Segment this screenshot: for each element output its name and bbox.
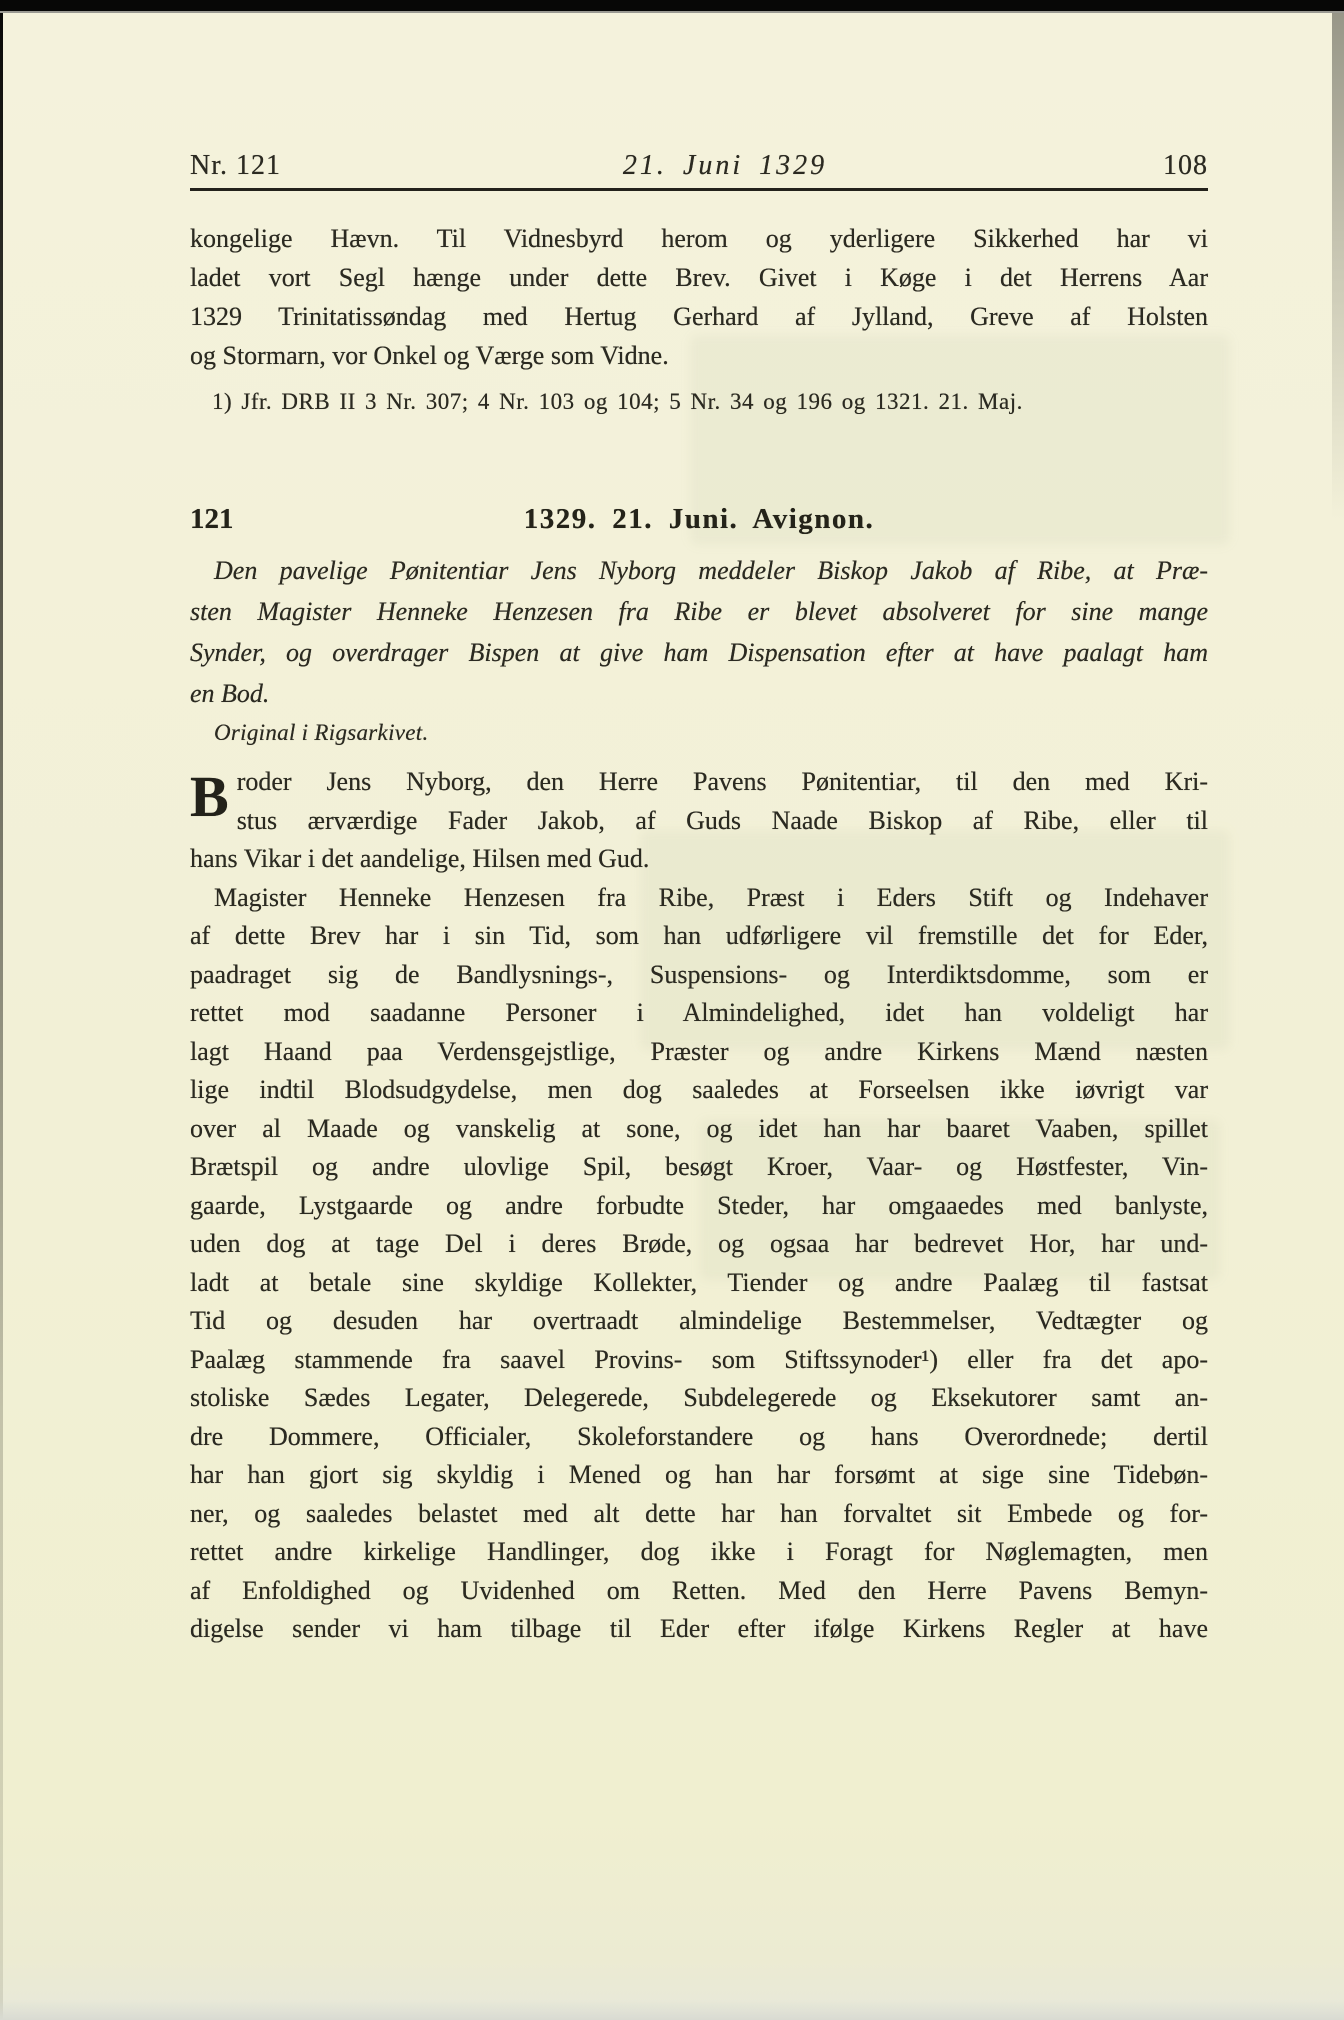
text-line: lige indtil Blodsudgydelse, men dog saal… (190, 1071, 1208, 1110)
entry-summary: Den pavelige Pønitentiar Jens Nyborg med… (190, 550, 1208, 714)
scan-edge-right (1332, 0, 1344, 520)
text-line: rettet mod saadanne Personer i Almindeli… (190, 994, 1208, 1033)
letter-body-paragraph: Magister Henneke Henzesen fra Ribe, Præs… (190, 879, 1208, 1649)
text-line: gaarde, Lystgaarde og andre forbudte Ste… (190, 1187, 1208, 1226)
scan-edge-bottom (0, 2000, 1344, 2020)
text-line: 1329 Trinitatissøndag med Hertug Gerhard… (190, 297, 1208, 336)
text-line: hans Vikar i det aandelige, Hilsen med G… (190, 840, 1208, 879)
footnote: 1) Jfr. DRB II 3 Nr. 307; 4 Nr. 103 og 1… (190, 387, 1208, 417)
text-line: en Bod. (190, 673, 1208, 714)
running-header: Nr. 121 21. Juni 1329 108 (190, 150, 1208, 182)
text-line: Paalæg stammende fra saavel Provins- som… (190, 1341, 1208, 1380)
text-line: sten Magister Henneke Henzesen fra Ribe … (190, 591, 1208, 632)
entry-dateline: 1329. 21. Juni. Avignon. (190, 501, 1208, 537)
text-line: uden dog at tage Del i deres Brøde, og o… (190, 1225, 1208, 1264)
continuation-paragraph: kongelige Hævn. Til Vidnesbyrd herom og … (190, 219, 1208, 375)
text-line: rettet andre kirkelige Handlinger, dog i… (190, 1533, 1208, 1572)
text-line: roder Jens Nyborg, den Herre Pavens Pøni… (190, 763, 1208, 802)
text-line: har han gjort sig skyldig i Mened og han… (190, 1456, 1208, 1495)
drop-cap-initial: B (190, 763, 237, 840)
page-number: 108 (1163, 150, 1208, 182)
letter-opening-lines: roder Jens Nyborg, den Herre Pavens Pøni… (190, 763, 1208, 879)
source-note: Original i Rigsarkivet. (190, 718, 1208, 748)
text-line: Tid og desuden har overtraadt almindelig… (190, 1302, 1208, 1341)
scanned-book-page: Nr. 121 21. Juni 1329 108 kongelige Hævn… (0, 0, 1344, 2020)
text-line: ner, og saaledes belastet med alt dette … (190, 1495, 1208, 1534)
text-line: over al Maade og vanskelig at sone, og i… (190, 1110, 1208, 1149)
text-line: stoliske Sædes Legater, Delegerede, Subd… (190, 1379, 1208, 1418)
page-content: Nr. 121 21. Juni 1329 108 kongelige Hævn… (190, 0, 1208, 1649)
entry-heading: 121 1329. 21. Juni. Avignon. (190, 501, 1208, 537)
text-line: Den pavelige Pønitentiar Jens Nyborg med… (190, 550, 1208, 591)
text-line: af Enfoldighed og Uvidenhed om Retten. M… (190, 1572, 1208, 1611)
text-line: ladt at betale sine skyldige Kollekter, … (190, 1264, 1208, 1303)
text-line: stus ærværdige Fader Jakob, af Guds Naad… (190, 802, 1208, 841)
text-line: lagt Haand paa Verdensgejstlige, Præster… (190, 1033, 1208, 1072)
text-line: og Stormarn, vor Onkel og Værge som Vidn… (190, 336, 1208, 375)
text-line: paadraget sig de Bandlysnings-, Suspensi… (190, 956, 1208, 995)
text-line: Magister Henneke Henzesen fra Ribe, Præs… (190, 879, 1208, 918)
entry-number: 121 (190, 501, 234, 537)
scan-edge-top (0, 0, 1344, 13)
text-line: Synder, og overdrager Bispen at give ham… (190, 632, 1208, 673)
text-line: kongelige Hævn. Til Vidnesbyrd herom og … (190, 219, 1208, 258)
text-line: Brætspil og andre ulovlige Spil, besøgt … (190, 1148, 1208, 1187)
text-line: digelse sender vi ham tilbage til Eder e… (190, 1610, 1208, 1649)
letter-opening-paragraph: B roder Jens Nyborg, den Herre Pavens Pø… (190, 763, 1208, 879)
text-line: ladet vort Segl hænge under dette Brev. … (190, 258, 1208, 297)
scan-edge-left (0, 0, 3, 2020)
running-header-date: 21. Juni 1329 (216, 150, 1234, 182)
text-line: af dette Brev har i sin Tid, som han udf… (190, 917, 1208, 956)
header-rule (190, 188, 1208, 191)
text-line: dre Dommere, Officialer, Skoleforstander… (190, 1418, 1208, 1457)
